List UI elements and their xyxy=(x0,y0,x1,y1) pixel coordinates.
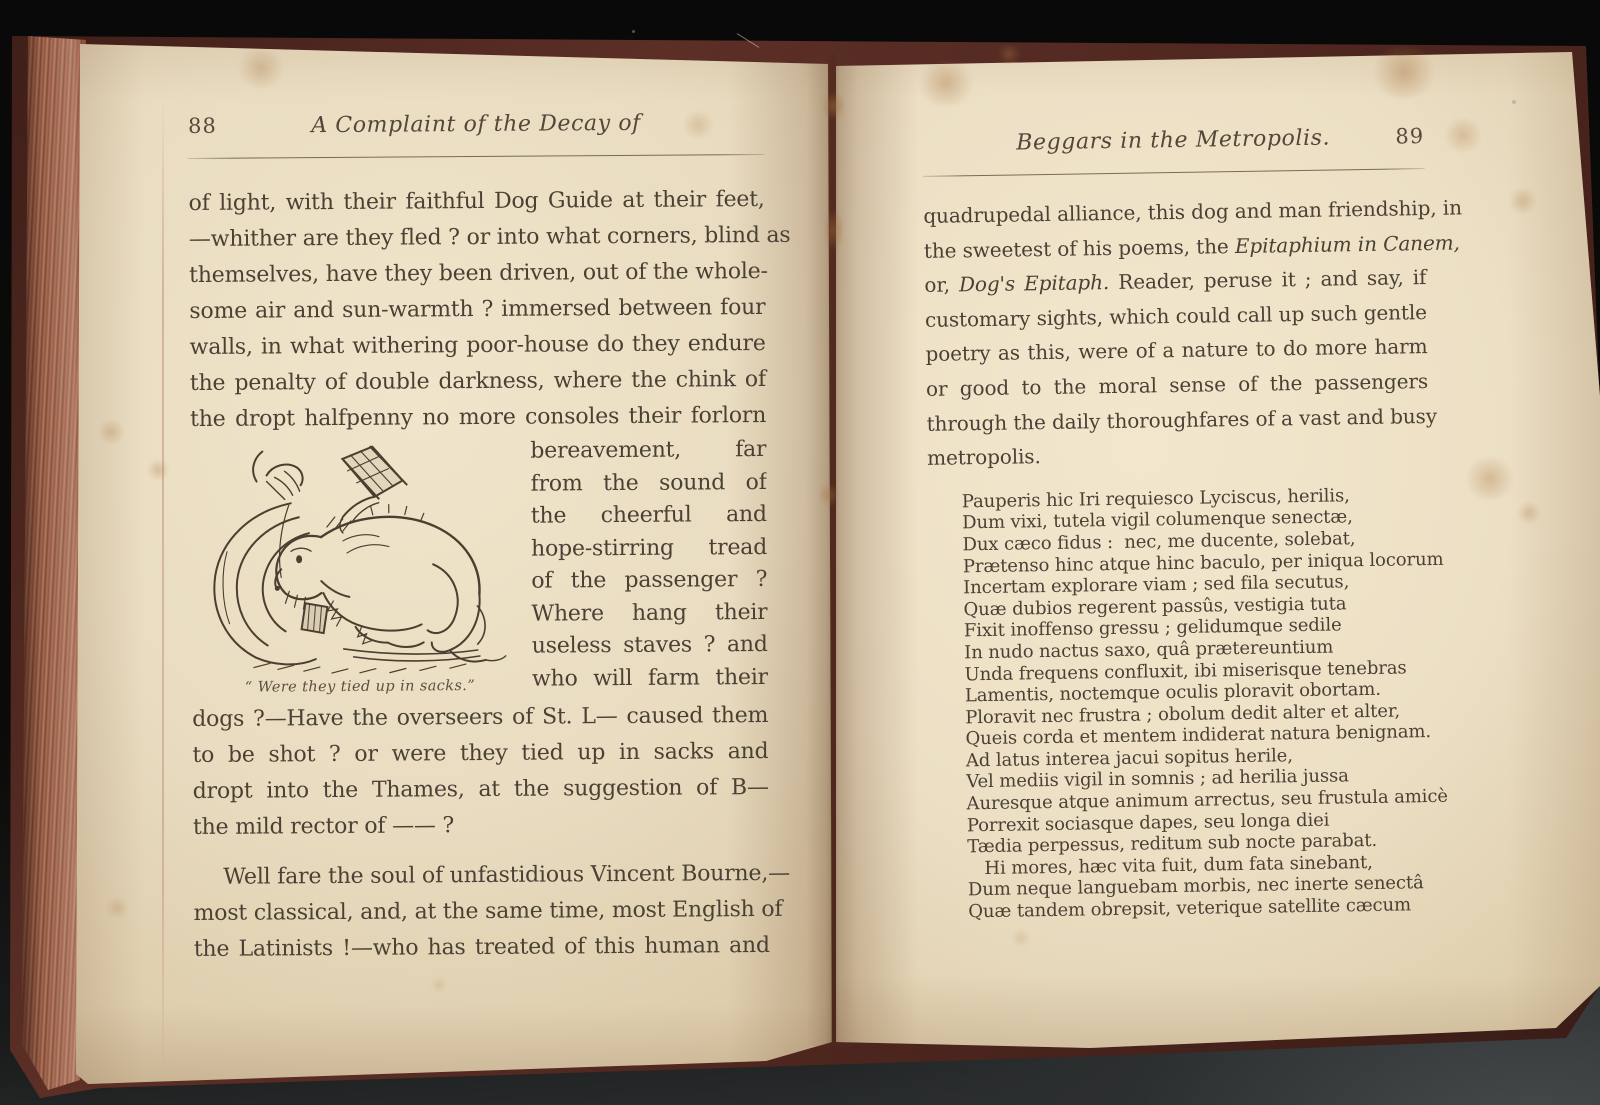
foxing-spot xyxy=(824,88,844,124)
dog-in-sack-sketch xyxy=(192,440,526,678)
foxing-spot xyxy=(1508,188,1538,214)
text-line: to be shot ? or were they tied up in sac… xyxy=(192,734,768,774)
foxing-spot xyxy=(1368,46,1440,98)
header-rule-right xyxy=(923,168,1425,177)
text-line: some air and sun-warmth ? immersed betwe… xyxy=(189,290,765,330)
left-page-edge-line xyxy=(162,98,164,1078)
right-page: Beggars in the Metropolis. 89 quadrupeda… xyxy=(834,36,1600,1056)
text-line: Well fare the soul of unfastidious Vince… xyxy=(193,856,769,896)
left-page-header: 88 A Complaint of the Decay of xyxy=(188,110,764,146)
text-line: the penalty of double darkness, where th… xyxy=(190,362,766,402)
book-photo: 88 A Complaint of the Decay of of light,… xyxy=(0,0,1600,1105)
latin-poem: Pauperis hic Iri requiesco Lyciscus, her… xyxy=(962,484,1437,923)
left-page: 88 A Complaint of the Decay of of light,… xyxy=(76,38,834,1088)
foxing-spot xyxy=(96,420,126,444)
header-spacer xyxy=(922,150,982,151)
header-rule-left xyxy=(188,154,764,159)
dust-speck xyxy=(1512,100,1516,104)
foxing-spot xyxy=(1516,502,1542,524)
foxing-spot xyxy=(104,898,130,918)
text-line: metropolis. xyxy=(927,433,1429,475)
foxing-spot xyxy=(826,200,842,260)
text-line: of light, with their faithful Dog Guide … xyxy=(189,182,765,222)
foxing-spot xyxy=(430,978,448,992)
foxing-spot xyxy=(915,60,977,106)
italic-text: Epitaphium in Canem, xyxy=(1235,230,1460,258)
right-page-body: quadrupedal alliance, this dog and man f… xyxy=(923,191,1436,923)
foxing-spot xyxy=(1010,930,1032,946)
foxing-spot xyxy=(235,48,287,88)
text-segment: the sweetest of his poems, the xyxy=(924,234,1235,263)
foxing-spot xyxy=(680,112,716,138)
dog-sketch xyxy=(274,504,506,663)
left-page-body: of light, with their faithful Dog Guide … xyxy=(189,182,770,968)
left-page-content: 88 A Complaint of the Decay of of light,… xyxy=(188,110,770,968)
right-page-header: Beggars in the Metropolis. 89 xyxy=(922,124,1424,164)
page-number-left: 88 xyxy=(188,114,248,138)
illustration-caption: “ Were they tied up in sacks.” xyxy=(194,678,526,696)
text-line: dogs ?—Have the overseers of St. L— caus… xyxy=(192,698,768,738)
paragraph-1: of light, with their faithful Dog Guide … xyxy=(189,182,767,438)
paragraph-3: Well fare the soul of unfastidious Vince… xyxy=(193,856,770,968)
text-line: themselves, have they been driven, out o… xyxy=(189,254,765,294)
foxing-spot xyxy=(1442,118,1484,152)
paragraph-2: dogs ?—Have the overseers of St. L— caus… xyxy=(192,698,769,846)
running-title-left: A Complaint of the Decay of xyxy=(248,110,704,138)
right-page-content: Beggars in the Metropolis. 89 quadrupeda… xyxy=(922,124,1436,923)
page-edges xyxy=(22,30,86,1092)
text-line: most classical, and, at the same time, m… xyxy=(193,892,769,932)
arm-sleeve-sketch xyxy=(339,446,407,532)
foxing-spot xyxy=(146,460,170,480)
dust-speck xyxy=(632,30,635,33)
illustration-block: “ Were they tied up in sacks.” bereaveme… xyxy=(190,434,768,702)
text-line: dropt into the Thames, at the suggestion… xyxy=(193,770,769,810)
italic-text: Dog's Epitaph. xyxy=(959,270,1110,296)
paragraph-right: quadrupedal alliance, this dog and man f… xyxy=(923,191,1429,476)
page-number-right: 89 xyxy=(1364,124,1424,149)
foxing-spot xyxy=(996,44,1022,64)
text-line: the Latinists !—who has treated of this … xyxy=(194,928,770,968)
text-line: —whither are they fled ? or into what co… xyxy=(189,218,765,258)
text-line: walls, in what withering poor-house do t… xyxy=(190,326,766,366)
text-line: the mild rector of —— ? xyxy=(193,806,769,846)
sack-sketch xyxy=(214,503,316,665)
dog-in-sack-figure: “ Were they tied up in sacks.” xyxy=(192,440,526,702)
text-segment: or, xyxy=(924,273,959,298)
hand-sketch xyxy=(253,451,303,499)
foxing-spot xyxy=(1462,458,1518,500)
text-segment: Reader, peruse it ; and say, if xyxy=(1109,265,1427,294)
foxing-spot xyxy=(820,480,838,510)
running-title-right: Beggars in the Metropolis. xyxy=(982,125,1364,156)
text-line: the dropt halfpenny no more consoles the… xyxy=(190,398,766,438)
